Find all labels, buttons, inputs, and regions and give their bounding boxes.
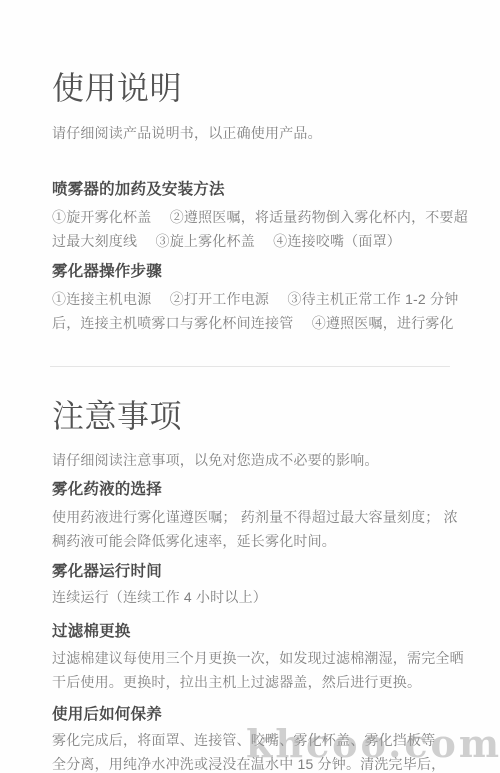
subsection-body-maintenance: 雾化完成后，将面罩、连接管、咬嘴、雾化杯盖、雾化挡板等 全分离，用纯净水冲洗或浸… [52,729,478,773]
subsection-body-medication-install: ①旋开雾化杯盖 ②遵照医嘱，将适量药物倒入雾化杯内，不要超 过最大刻度线 ③旋上… [52,206,478,253]
subsection-heading-maintenance: 使用后如何保养 [52,705,162,725]
usage-section-title: 使用说明 [52,70,182,106]
instruction-page: 使用说明 请仔细阅读产品说明书，以正确使用产品。 喷雾器的加药及安装方法 ①旋开… [0,0,500,773]
subsection-body-operation-steps: ①连接主机电源 ②打开工作电源 ③待主机正常工作 1-2 分钟 后，连接主机喷雾… [52,288,478,335]
subsection-body-running-time: 连续运行（连续工作 4 小时以上） [52,586,478,610]
subsection-heading-medication-choice: 雾化药液的选择 [52,480,162,500]
subsection-body-filter-replacement: 过滤棉建议每使用三个月更换一次，如发现过滤棉潮湿，需完全晒 干后使用。更换时，拉… [52,647,478,694]
notice-intro-text: 请仔细阅读注意事项，以免对您造成不必要的影响。 [52,449,478,473]
subsection-body-medication-choice: 使用药液进行雾化谨遵医嘱； 药剂量不得超过最大容量刻度； 浓 稠药液可能会降低雾… [52,506,478,553]
section-divider [50,366,450,367]
subsection-heading-operation-steps: 雾化器操作步骤 [52,262,162,282]
usage-intro-text: 请仔细阅读产品说明书，以正确使用产品。 [52,122,478,146]
subsection-heading-filter-replacement: 过滤棉更换 [52,622,131,642]
subsection-heading-running-time: 雾化器运行时间 [52,562,162,582]
subsection-heading-medication-install: 喷雾器的加药及安装方法 [52,180,225,200]
notice-section-title: 注意事项 [52,398,182,434]
